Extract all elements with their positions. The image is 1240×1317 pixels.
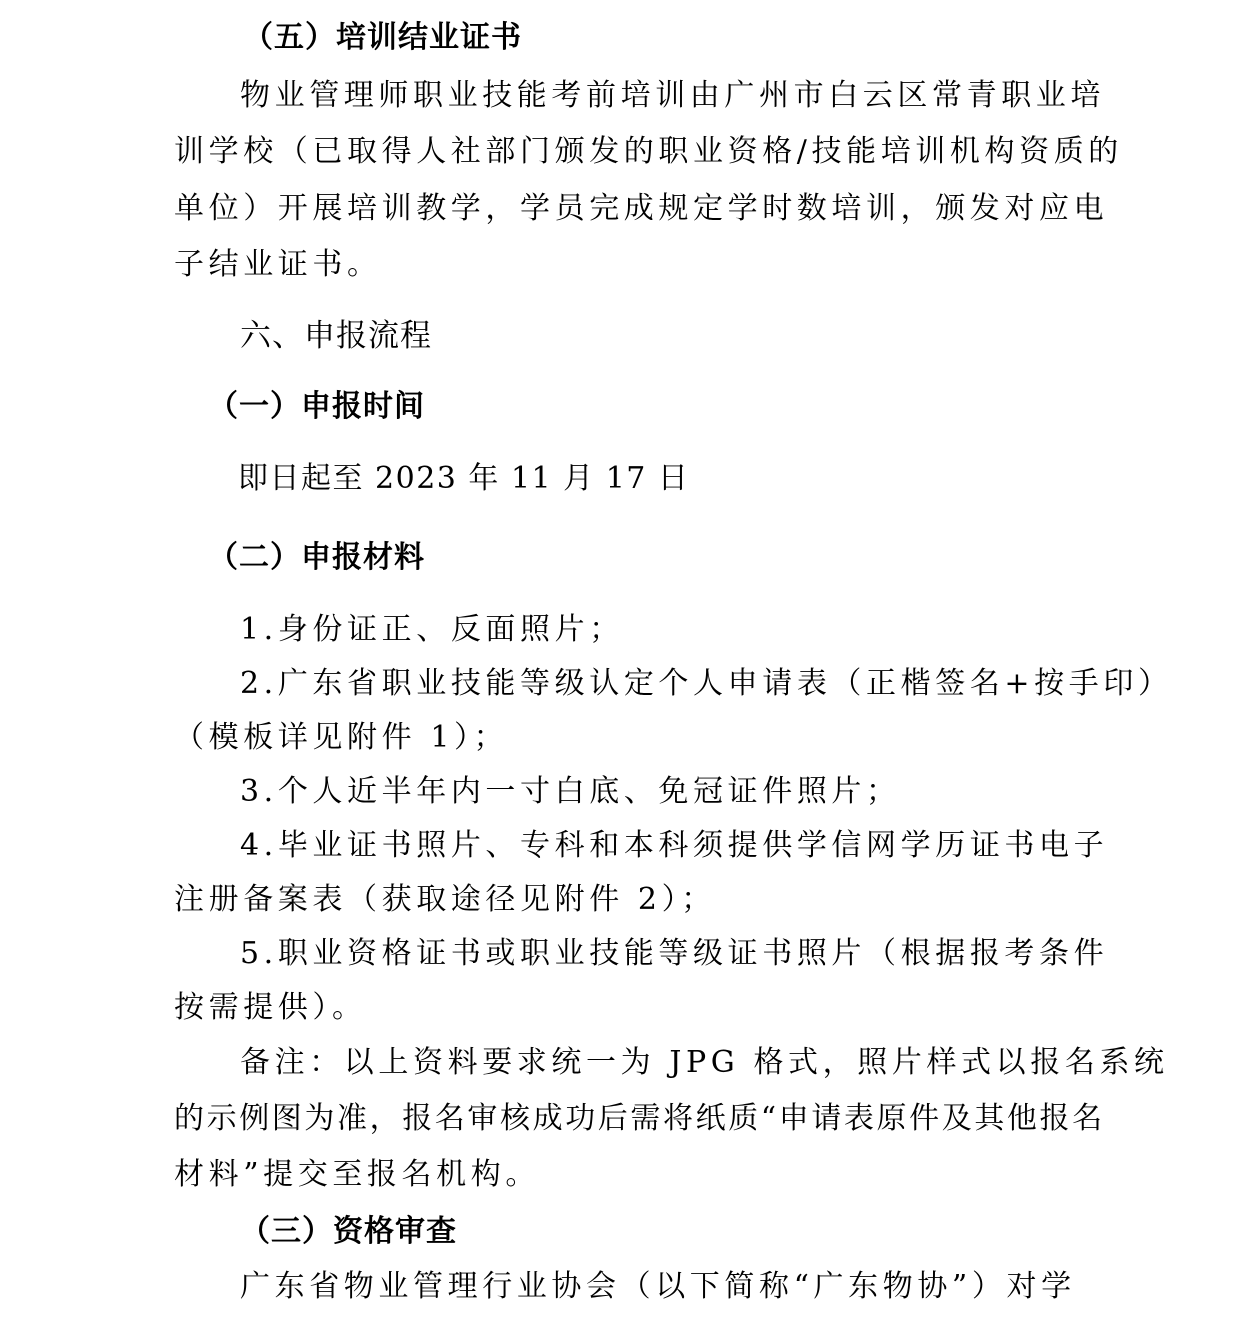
note-line: 的示例图为准，报名审核成功后需将纸质“申请表原件及其他报名 <box>174 1099 1105 1139</box>
subheading-application-materials: （二）申报材料 <box>208 538 425 578</box>
application-deadline-text: 即日起至 2023 年 11 月 17 日 <box>238 459 689 499</box>
material-item-continuation: 注册备案表（获取途径见附件 2）； <box>174 880 716 920</box>
subheading-qualification-review: （三）资格审查 <box>240 1212 457 1252</box>
note-line: 备注：以上资料要求统一为 JPG 格式，照片样式以报名系统 <box>240 1043 1169 1083</box>
paragraph-line: 广东省物业管理行业协会（以下简称“广东物协”）对学 <box>240 1267 1076 1307</box>
paragraph-line: 单位）开展培训教学，学员完成规定学时数培训，颁发对应电 <box>174 189 1108 229</box>
chapter-heading-application-process: 六、申报流程 <box>240 316 432 356</box>
section-heading-training-certificate: （五）培训结业证书 <box>243 18 522 58</box>
material-item: 1.身份证正、反面照片； <box>240 610 624 650</box>
material-item-continuation: 按需提供）。 <box>174 988 367 1028</box>
material-item: 2.广东省职业技能等级认定个人申请表（正楷签名+按手印） <box>240 664 1173 704</box>
paragraph-line: 训学校（已取得人社部门颁发的职业资格/技能培训机构资质的 <box>174 132 1123 172</box>
paragraph-line: 子结业证书。 <box>174 245 382 285</box>
material-item: 5.职业资格证书或职业技能等级证书照片（根据报考条件 <box>240 934 1108 974</box>
note-line: 材料”提交至报名机构。 <box>174 1155 540 1195</box>
material-item: 3.个人近半年内一寸白底、免冠证件照片； <box>240 772 901 812</box>
material-item-continuation: （模板详见附件 1）； <box>174 718 508 758</box>
subheading-application-time: （一）申报时间 <box>208 387 425 427</box>
paragraph-line: 物业管理师职业技能考前培训由广州市白云区常青职业培 <box>240 76 1105 116</box>
material-item: 4.毕业证书照片、专科和本科须提供学信网学历证书电子 <box>240 826 1108 866</box>
